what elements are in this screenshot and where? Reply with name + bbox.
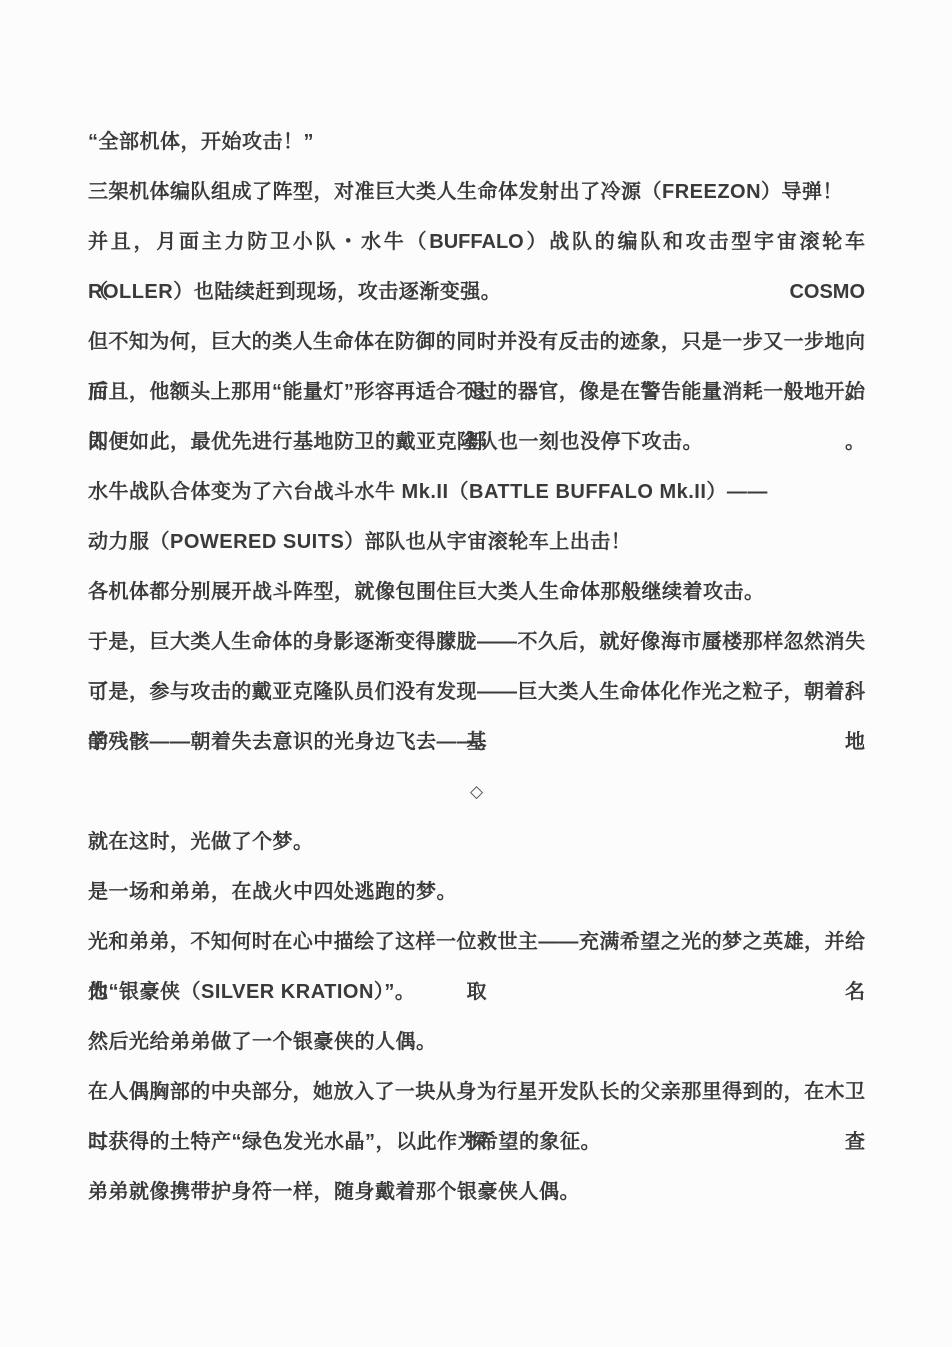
text-line: 动力服（POWERED SUITS）部队也从宇宙滚轮车上出击！ xyxy=(88,517,865,567)
text-line: 而且，他额头上那用“能量灯”形容再适合不过的器官，像是在警告能量消耗一般地开始闪… xyxy=(88,367,865,417)
section-separator: ◇ xyxy=(88,767,865,817)
text-line: “全部机体，开始攻击！” xyxy=(88,117,865,167)
text-line: 然后光给弟弟做了一个银豪侠的人偶。 xyxy=(88,1017,865,1067)
text-line: 就在这时，光做了个梦。 xyxy=(88,817,865,867)
text-line: 于是，巨大类人生命体的身影逐渐变得朦胧——不久后，就好像海市蜃楼那样忽然消失了。 xyxy=(88,617,865,667)
text-line: 并且，月面主力防卫小队・水牛（BUFFALO）战队的编队和攻击型宇宙滚轮车（CO… xyxy=(88,217,865,267)
text-line: 各机体都分别展开战斗阵型，就像包围住巨大类人生命体那般继续着攻击。 xyxy=(88,567,865,617)
novel-text-block: “全部机体，开始攻击！”三架机体编队组成了阵型，对准巨大类人生命体发射出了冷源（… xyxy=(88,117,865,1217)
text-line: 弟弟就像携带护身符一样，随身戴着那个银豪侠人偶。 xyxy=(88,1167,865,1217)
text-line: 光和弟弟，不知何时在心中描绘了这样一位救世主——充满希望之光的梦之英雄，并给他取… xyxy=(88,917,865,967)
text-line: 可是，参与攻击的戴亚克隆队员们没有发现——巨大类人生命体化作光之粒子，朝着科学基… xyxy=(88,667,865,717)
text-line: 是一场和弟弟，在战火中四处逃跑的梦。 xyxy=(88,867,865,917)
text-line: 水牛战队合体变为了六台战斗水牛 Mk.II（BATTLE BUFFALO Mk.… xyxy=(88,467,865,517)
novel-page: “全部机体，开始攻击！”三架机体编队组成了阵型，对准巨大类人生命体发射出了冷源（… xyxy=(88,117,865,1217)
text-line: 在人偶胸部的中央部分，她放入了一块从身为行星开发队长的父亲那里得到的，在木卫二探… xyxy=(88,1067,865,1117)
text-line: 但不知为何，巨大的类人生命体在防御的同时并没有反击的迹象，只是一步又一步地向后退… xyxy=(88,317,865,367)
text-line: 三架机体编队组成了阵型，对准巨大类人生命体发射出了冷源（FREEZON）导弹！ xyxy=(88,167,865,217)
